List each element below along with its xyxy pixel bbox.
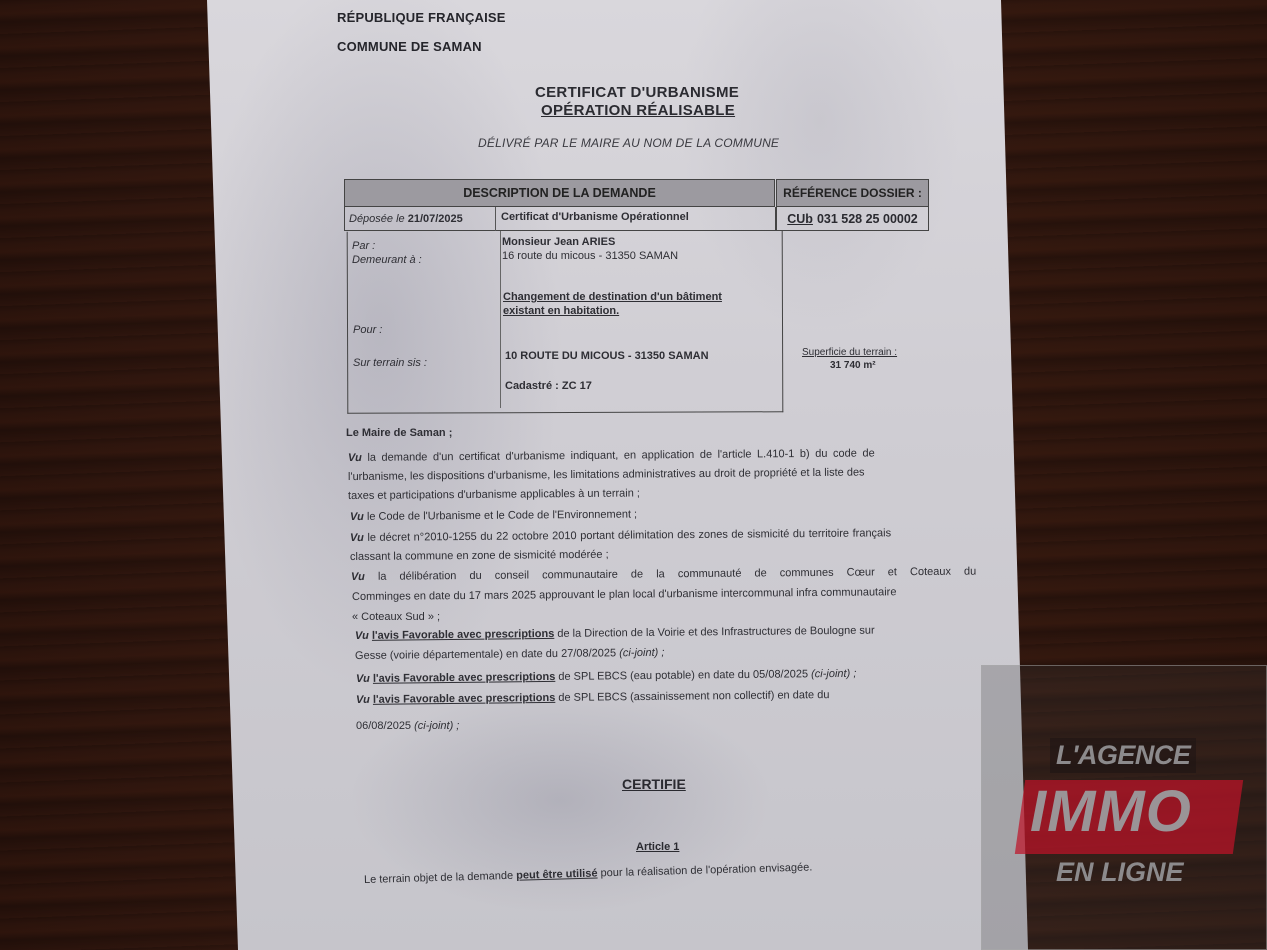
purpose-line-1: Changement de destination d'un bâtiment	[503, 291, 722, 303]
vu-paragraph-7-line-1: Vu l'avis Favorable avec prescriptions d…	[356, 689, 830, 706]
maire-line: Le Maire de Saman ;	[346, 427, 452, 439]
request-type: Certificat d'Urbanisme Opérationnel	[501, 211, 689, 223]
vu-paragraph-4-line-3: « Coteaux Sud » ;	[352, 611, 440, 623]
vu-paragraph-1-line-3: taxes et participations d'urbanisme appl…	[348, 487, 640, 502]
watermark-line-1: L'AGENCE	[1050, 738, 1196, 773]
vu-paragraph-1-line-2: l'urbanisme, les dispositions d'urbanism…	[348, 466, 865, 483]
description-header: DESCRIPTION DE LA DEMANDE	[344, 179, 775, 207]
purpose-line-2: existant en habitation.	[503, 305, 619, 317]
watermark-line-3: EN LIGNE	[1056, 857, 1184, 888]
table-divider	[495, 207, 496, 231]
reference-value: 031 528 25 00002	[817, 212, 918, 226]
vu-paragraph-3-line-2: classant la commune en zone de sismicité…	[350, 549, 609, 563]
article-1-heading: Article 1	[636, 841, 679, 853]
demeurant-label: Demeurant à :	[352, 254, 422, 266]
vu-paragraph-3-line-1: Vu le décret n°2010-1255 du 22 octobre 2…	[350, 527, 891, 544]
certifie-heading: CERTIFIE	[622, 776, 686, 792]
terrain-label: Sur terrain sis :	[353, 357, 427, 369]
vu-paragraph-2: Vu le Code de l'Urbanisme et le Code de …	[350, 508, 637, 523]
table-divider	[500, 231, 501, 408]
applicant-address: 16 route du micous - 31350 SAMAN	[502, 250, 678, 262]
superficie-value: 31 740 m²	[830, 360, 876, 371]
reference-header: RÉFÉRENCE DOSSIER :	[776, 179, 929, 207]
issued-by-line: DÉLIVRÉ PAR LE MAIRE AU NOM DE LA COMMUN…	[478, 136, 779, 150]
vu-paragraph-4-line-1: Vu la délibération du conseil communauta…	[351, 566, 976, 583]
deposit-date-cell: Déposée le 21/07/2025	[349, 213, 463, 225]
watermark-logo-immo: IMMO	[1030, 778, 1192, 845]
vu-paragraph-5-line-2: Gesse (voirie départementale) en date du…	[355, 647, 665, 662]
republic-header: RÉPUBLIQUE FRANÇAISE	[337, 10, 506, 25]
cadastre: Cadastré : ZC 17	[505, 380, 592, 392]
document-subtitle-status: OPÉRATION RÉALISABLE	[541, 102, 735, 119]
vu-paragraph-6: Vu l'avis Favorable avec prescriptions d…	[356, 668, 856, 685]
par-label: Par :	[352, 240, 375, 252]
terrain-address: 10 ROUTE DU MICOUS - 31350 SAMAN	[505, 350, 709, 362]
article-1-text: Le terrain objet de la demande peut être…	[364, 861, 813, 886]
vu-paragraph-1-line-1: Vu la demande d'un certificat d'urbanism…	[348, 447, 875, 464]
commune-header: COMMUNE DE SAMAN	[337, 39, 482, 54]
document-title: CERTIFICAT D'URBANISME	[535, 84, 739, 101]
reference-number: CUb 031 528 25 00002	[776, 207, 929, 231]
pour-label: Pour :	[353, 324, 382, 336]
reference-prefix: CUb	[787, 212, 813, 226]
superficie-label: Superficie du terrain :	[802, 347, 897, 358]
vu-paragraph-7-line-2: 06/08/2025 (ci-joint) ;	[356, 720, 459, 732]
vu-paragraph-5-line-1: Vu l'avis Favorable avec prescriptions d…	[355, 625, 875, 642]
vu-paragraph-4-line-2: Comminges en date du 17 mars 2025 approu…	[352, 586, 897, 603]
applicant-name: Monsieur Jean ARIES	[502, 236, 615, 248]
